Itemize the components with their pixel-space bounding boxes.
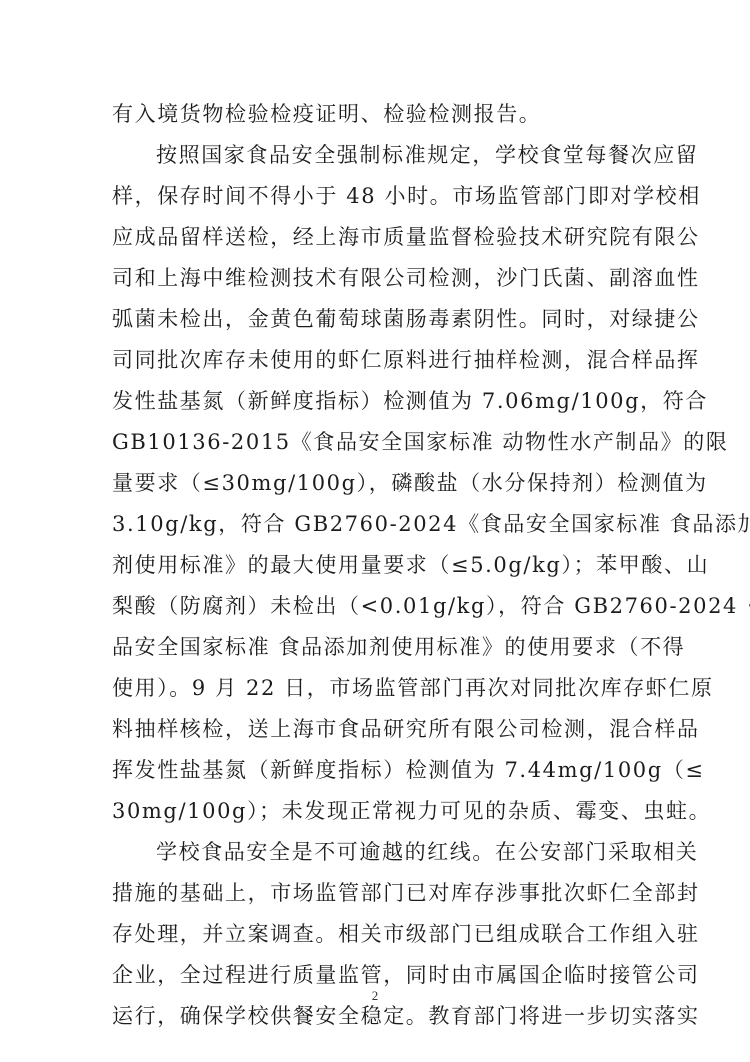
body-text: 有入境货物检验检疫证明、检验检测报告。 按照国家食品安全强制标准规定，学校食堂每… [112, 94, 640, 1037]
text-line: 应成品留样送检，经上海市质量监督检验技术研究院有限公 [112, 217, 640, 258]
text-line: 司和上海中维检测技术有限公司检测，沙门氏菌、副溶血性 [112, 258, 640, 299]
text-line: 存处理，并立案调查。相关市级部门已组成联合工作组入驻 [112, 914, 640, 955]
text-line: 发性盐基氮（新鲜度指标）检测值为 7.06mg/100g，符合 [112, 381, 640, 422]
text-line: 量要求（≤30mg/100g），磷酸盐（水分保持剂）检测值为 [112, 463, 640, 504]
document-page: 有入境货物检验检疫证明、检验检测报告。 按照国家食品安全强制标准规定，学校食堂每… [0, 0, 750, 1062]
text-line: 措施的基础上，市场监管部门已对库存涉事批次虾仁全部封 [112, 873, 640, 914]
text-line: 司同批次库存未使用的虾仁原料进行抽样检测，混合样品挥 [112, 340, 640, 381]
paragraph-start-line: 按照国家食品安全强制标准规定，学校食堂每餐次应留 [112, 135, 640, 176]
text-line: 3.10g/kg，符合 GB2760-2024《食品安全国家标准 食品添加 [112, 504, 640, 545]
text-line: GB10136-2015《食品安全国家标准 动物性水产制品》的限 [112, 422, 640, 463]
text-line: 料抽样核检，送上海市食品研究所有限公司检测，混合样品 [112, 709, 640, 750]
text-line: 样，保存时间不得小于 48 小时。市场监管部门即对学校相 [112, 176, 640, 217]
text-line: 30mg/100g）；未发现正常视力可见的杂质、霉变、虫蛀。 [112, 791, 640, 832]
text-line: 梨酸（防腐剂）未检出（<0.01g/kg），符合 GB2760-2024《食 [112, 586, 640, 627]
text-line: 有入境货物检验检疫证明、检验检测报告。 [112, 94, 640, 135]
text-line: 使用）。9 月 22 日，市场监管部门再次对同批次库存虾仁原 [112, 668, 640, 709]
text-line: 弧菌未检出，金黄色葡萄球菌肠毒素阴性。同时，对绿捷公 [112, 299, 640, 340]
paragraph-start-line: 学校食品安全是不可逾越的红线。在公安部门采取相关 [112, 832, 640, 873]
page-number: 2 [0, 988, 750, 1004]
text-line: 品安全国家标准 食品添加剂使用标准》的使用要求（不得 [112, 627, 640, 668]
text-line: 剂使用标准》的最大使用量要求（≤5.0g/kg）；苯甲酸、山 [112, 545, 640, 586]
text-line: 挥发性盐基氮（新鲜度指标）检测值为 7.44mg/100g（≤ [112, 750, 640, 791]
